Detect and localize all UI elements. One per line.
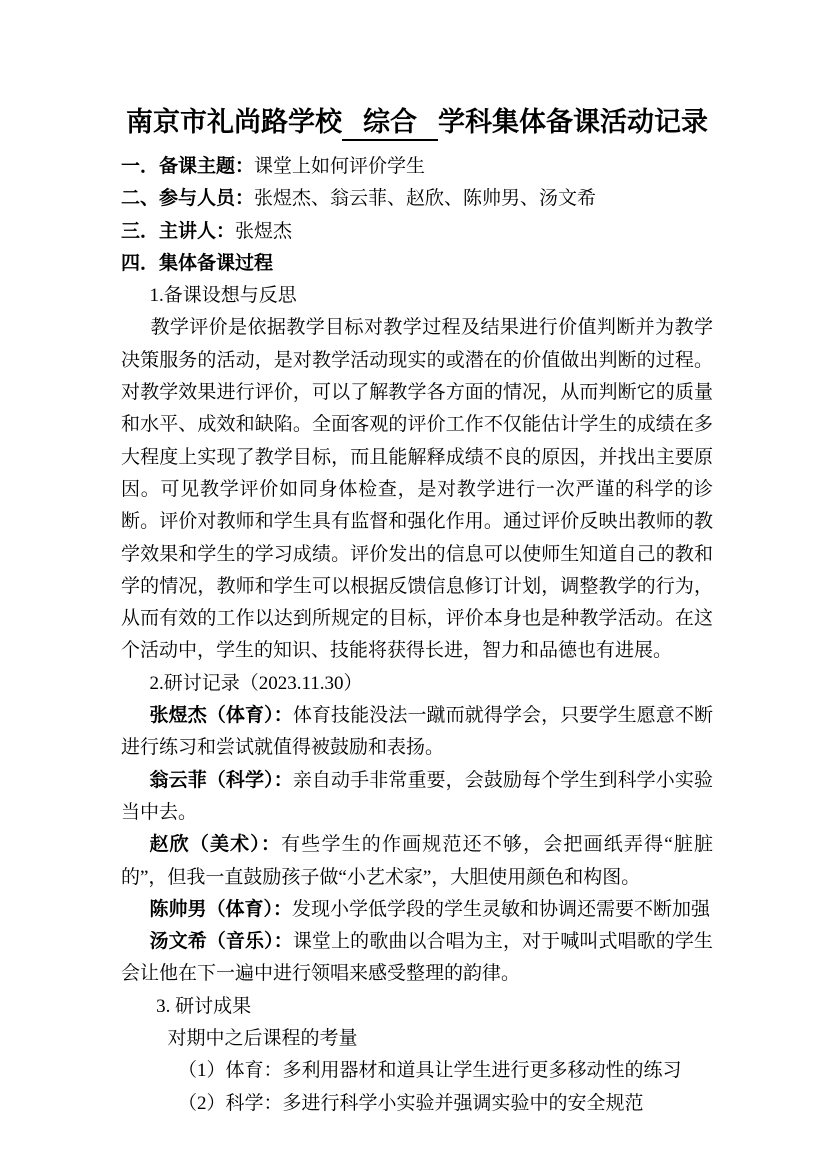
meta-line-topic: 一．备课主题：课堂上如何评价学生 [121, 151, 713, 183]
speaker-name: 赵欣（美术）： [150, 834, 282, 855]
discussion-entry-chenshuainan: 陈帅男（体育）：发现小学低学段的学生灵敏和协调还需要不断加强 [121, 894, 713, 926]
topic-value: 课堂上如何评价学生 [254, 156, 425, 177]
section-heading-process: 四．集体备课过程 [121, 248, 713, 280]
title-prefix: 南京市礼尚路学校 [126, 107, 342, 137]
subheading-prep-reflection: 1.备课设想与反思 [121, 280, 713, 312]
document-page: 南京市礼尚路学校综合学科集体备课活动记录 一．备课主题：课堂上如何评价学生 二、… [0, 0, 827, 1170]
outcomes-intro: 对期中之后课程的考量 [121, 1023, 713, 1055]
meta-line-presenter: 三．主讲人：张煜杰 [121, 216, 713, 248]
subheading-discussion-record: 2.研讨记录（2023.11.30） [121, 668, 713, 700]
speaker-name: 张煜杰（体育）： [150, 705, 293, 726]
meta-line-participants: 二、参与人员：张煜杰、翁云菲、赵欣、陈帅男、汤文希 [121, 183, 713, 215]
discussion-entry-wengyunfei: 翁云菲（科学）：亲自动手非常重要，会鼓励每个学生到科学小实验当中去。 [121, 765, 713, 830]
title-suffix: 学科集体备课活动记录 [438, 107, 708, 137]
participants-value: 张煜杰、翁云菲、赵欣、陈帅男、汤文希 [254, 188, 596, 209]
speaker-name: 汤文希（音乐）： [150, 931, 293, 952]
speaker-name: 陈帅男（体育）： [150, 899, 293, 920]
outcome-item-science: （2）科学：多进行科学小实验并强调实验中的安全规范 [121, 1088, 713, 1120]
speaker-name: 翁云菲（科学）： [150, 770, 293, 791]
prep-reflection-paragraph: 教学评价是依据教学目标对教学过程及结果进行价值判断并为教学决策服务的活动，是对教… [121, 312, 713, 667]
outcome-item-pe: （1）体育：多利用器材和道具让学生进行更多移动性的练习 [121, 1055, 713, 1087]
presenter-label: 三．主讲人： [121, 221, 235, 242]
discussion-entry-tangwenxi: 汤文希（音乐）：课堂上的歌曲以合唱为主，对于喊叫式唱歌的学生会让他在下一遍中进行… [121, 926, 713, 991]
discussion-entry-zhaoxin: 赵欣（美术）：有些学生的作画规范还不够，会把画纸弄得“脏脏的”，但我一直鼓励孩子… [121, 829, 713, 894]
title-underlined-blank: 综合 [342, 105, 438, 141]
speaker-remark: 发现小学低学段的学生灵敏和协调还需要不断加强 [292, 899, 710, 920]
document-title: 南京市礼尚路学校综合学科集体备课活动记录 [121, 102, 713, 142]
subheading-outcomes: 3. 研讨成果 [121, 991, 713, 1023]
title-blank-text: 综合 [363, 107, 417, 137]
presenter-value: 张煜杰 [235, 221, 292, 242]
discussion-entry-zhangyujie: 张煜杰（体育）：体育技能没法一蹴而就得学会，只要学生愿意不断进行练习和尝试就值得… [121, 700, 713, 765]
topic-label: 一．备课主题： [121, 156, 254, 177]
participants-label: 二、参与人员： [121, 188, 254, 209]
